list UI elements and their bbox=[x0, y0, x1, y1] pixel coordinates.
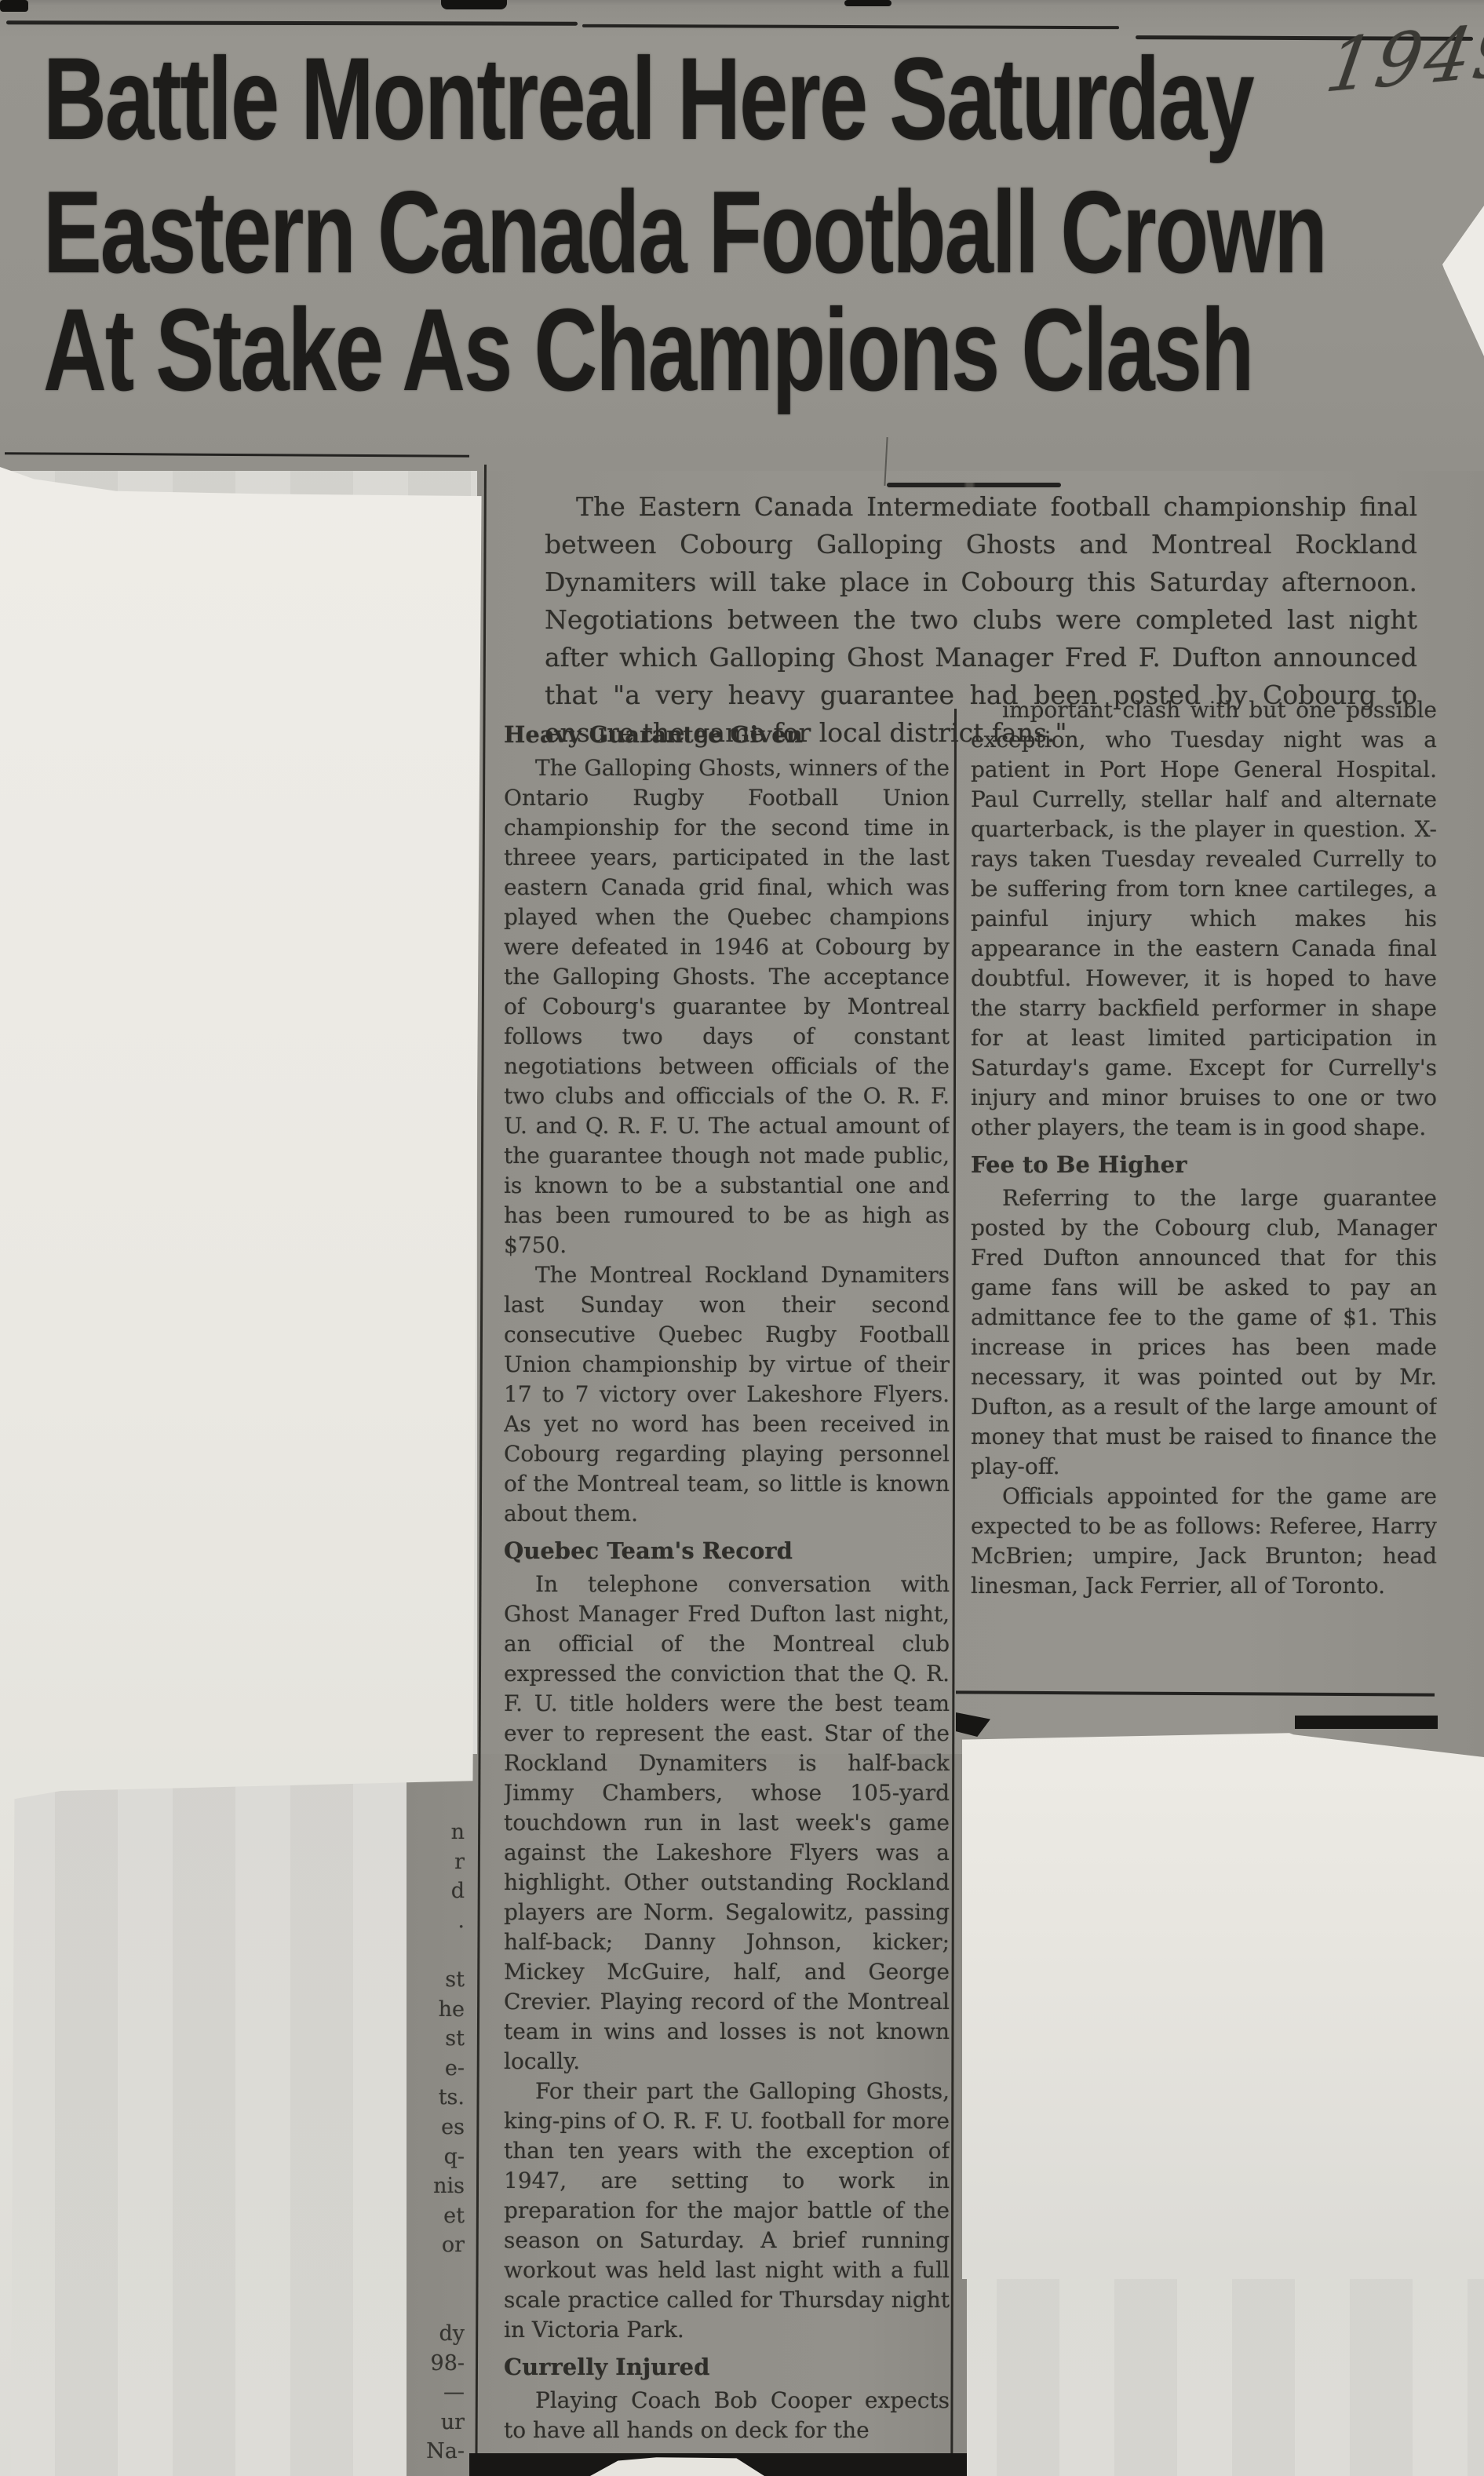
margin-fragment: n bbox=[403, 1818, 465, 1847]
left-column-paragraph: For their part the Galloping Ghosts, kin… bbox=[504, 2077, 950, 2345]
margin-fragment: r bbox=[403, 1847, 465, 1877]
margin-fragment: 98- bbox=[403, 2349, 465, 2379]
margin-fragment: or bbox=[403, 2230, 465, 2260]
margin-fragment: nis bbox=[403, 2172, 465, 2201]
right-column: important clash with but one possible ex… bbox=[971, 695, 1437, 1687]
subhead-quebec-teams-record: Quebec Team's Record bbox=[504, 1536, 950, 1566]
torn-edge-mark bbox=[844, 0, 891, 6]
margin-fragment bbox=[403, 2290, 465, 2320]
margin-fragment: dy bbox=[403, 2319, 465, 2349]
headline-line-2: Eastern Canada Football Crown bbox=[43, 174, 1326, 291]
scrapbook-page: Battle Montreal Here Saturday Eastern Ca… bbox=[0, 0, 1484, 2476]
subhead-heavy-guarantee-given: Heavy Guarantee Given bbox=[504, 720, 950, 749]
margin-fragment: . bbox=[403, 1906, 465, 1936]
next-article-border-fragment bbox=[1295, 1716, 1438, 1729]
handwritten-year-annotation: 1949 bbox=[1321, 9, 1484, 109]
right-column-paragraph: Officials appointed for the game are exp… bbox=[971, 1482, 1437, 1601]
right-column-paragraph: important clash with but one possible ex… bbox=[971, 695, 1437, 1143]
headline-line-1: Battle Montreal Here Saturday bbox=[43, 41, 1253, 158]
torn-margin-text-fragments: nrd.stheste-ts.esq-nisetordy98-—urNa- bbox=[403, 1818, 465, 2474]
margin-fragment: ts. bbox=[403, 2083, 465, 2113]
subhead-currelly-injured: Currelly Injured bbox=[504, 2352, 950, 2382]
margin-fragment: es bbox=[403, 2113, 465, 2142]
left-column: Heavy Guarantee Given The Galloping Ghos… bbox=[504, 713, 950, 2450]
lead-divider-rule bbox=[887, 483, 1061, 487]
margin-fragment: st bbox=[403, 2024, 465, 2054]
left-column-paragraph: The Galloping Ghosts, winners of the Ont… bbox=[504, 753, 950, 1260]
margin-fragment bbox=[403, 2260, 465, 2290]
margin-fragment: Na- bbox=[403, 2437, 465, 2467]
margin-fragment: he bbox=[403, 1995, 465, 2025]
margin-fragment: et bbox=[403, 2201, 465, 2231]
margin-fragment: — bbox=[403, 2378, 465, 2408]
subhead-fee-to-be-higher: Fee to Be Higher bbox=[971, 1150, 1437, 1180]
torn-edge-mark bbox=[441, 0, 507, 9]
right-column-paragraph: Referring to the large guarantee posted … bbox=[971, 1183, 1437, 1482]
torn-edge-mark bbox=[0, 0, 28, 12]
left-column-paragraph: Playing Coach Bob Cooper expects to have… bbox=[504, 2386, 950, 2445]
margin-fragment: st bbox=[403, 1965, 465, 1995]
left-column-paragraph: In telephone conversation with Ghost Man… bbox=[504, 1570, 950, 2077]
torn-paper-bottom-right bbox=[962, 1730, 1484, 2279]
margin-fragment: ur bbox=[403, 2408, 465, 2438]
margin-fragment: e- bbox=[403, 2054, 465, 2084]
margin-fragment bbox=[403, 1935, 465, 1965]
margin-fragment: d bbox=[403, 1876, 465, 1906]
headline-line-3: At Stake As Champions Clash bbox=[43, 292, 1252, 409]
margin-fragment: q- bbox=[403, 2142, 465, 2172]
left-column-paragraph: The Montreal Rockland Dynamiters last Su… bbox=[504, 1260, 950, 1529]
